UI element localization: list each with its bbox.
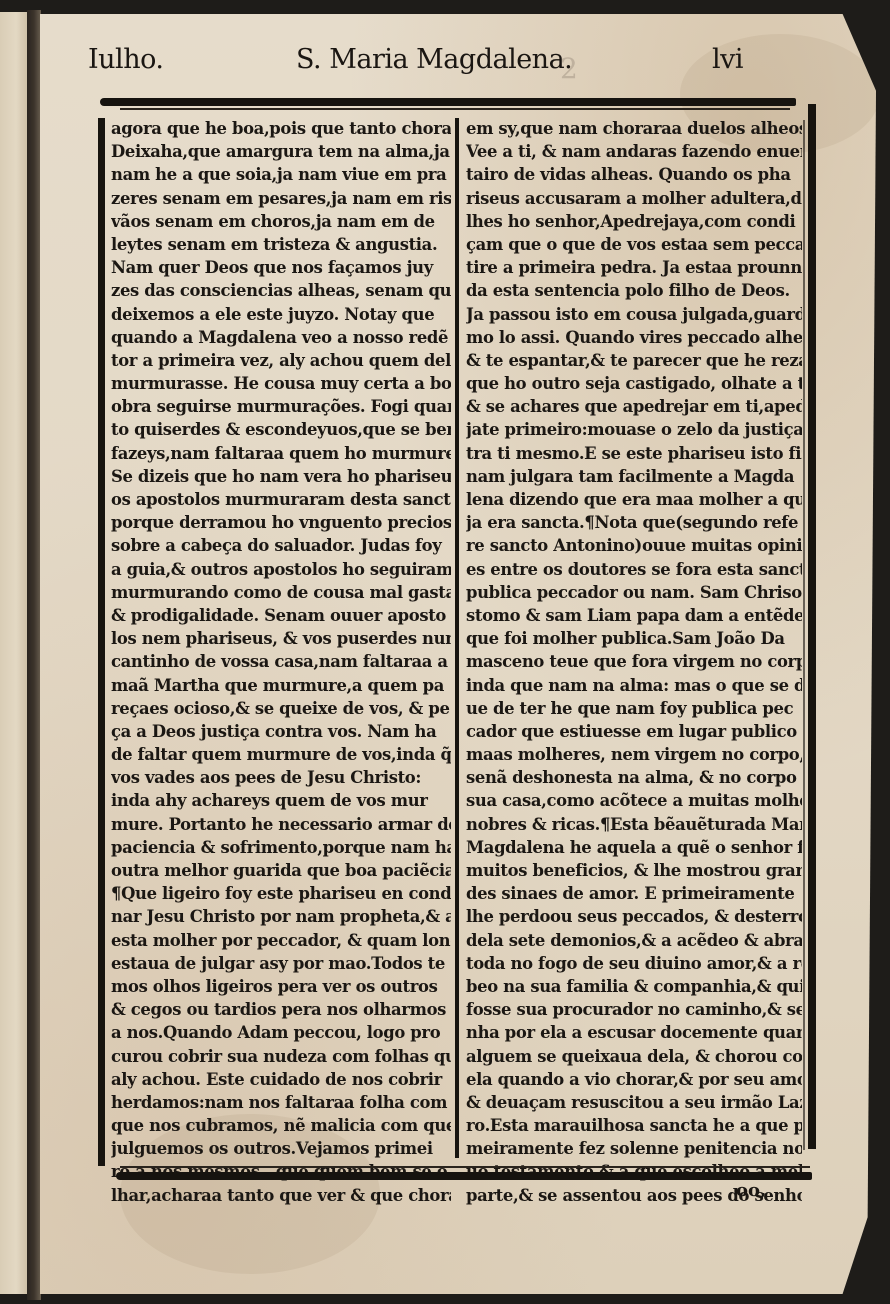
text-line: tairo de vidas alheas. Quando os pha xyxy=(466,163,802,186)
text-line: curou cobrir sua nudeza com folhas que xyxy=(111,1045,451,1068)
left-border-rule xyxy=(98,118,105,1166)
text-line: de faltar quem murmure de vos,inda q̃ xyxy=(111,743,451,766)
text-line: nobres & ricas.¶Esta bẽauẽturada Maria xyxy=(466,813,802,836)
scanned-book-spread: 2 Iulho. S. Maria Magdalena. lvi agora q… xyxy=(0,0,890,1304)
text-line: agora que he boa,pois que tanto chora: xyxy=(111,117,451,140)
text-line: leytes senam em tristeza & angustia. xyxy=(111,233,451,256)
text-line: paciencia & sofrimento,porque nam hay xyxy=(111,836,451,859)
text-line: publica peccador ou nam. Sam Chriso xyxy=(466,581,802,604)
text-line: nam julgara tam facilmente a Magda xyxy=(466,465,802,488)
text-line: quando a Magdalena veo a nosso redẽ xyxy=(111,326,451,349)
text-line: outra melhor guarida que boa paciẽcia. xyxy=(111,859,451,882)
text-line: Se dizeis que ho nam vera ho phariseu, xyxy=(111,465,451,488)
text-line: murmurando como de cousa mal gastada xyxy=(111,581,451,604)
text-line: reçaes ocioso,& se queixe de vos, & pe xyxy=(111,697,451,720)
text-line: julguemos os outros.Vejamos primei xyxy=(111,1137,451,1160)
text-line: ça a Deos justiça contra vos. Nam ha xyxy=(111,720,451,743)
text-line: & te espantar,& te parecer que he rezam xyxy=(466,349,802,372)
text-line: senã deshonesta na alma, & no corpo em xyxy=(466,766,802,789)
running-head-title: S. Maria Magdalena. xyxy=(296,44,572,75)
text-line: maã Martha que murmure,a quem pa xyxy=(111,674,451,697)
text-line: esta molher por peccador, & quam longe xyxy=(111,929,451,952)
text-line: fosse sua procurador no caminho,& se pu xyxy=(466,998,802,1021)
bottom-rule xyxy=(116,1172,812,1180)
text-line: Ja passou isto em cousa julgada,guarde xyxy=(466,303,802,326)
text-line: çam que o que de vos estaa sem peccado xyxy=(466,233,802,256)
text-line: ela quando a vio chorar,& por seu amor xyxy=(466,1068,802,1091)
top-rule-thin xyxy=(120,108,790,110)
text-line: des sinaes de amor. E primeiramente xyxy=(466,882,802,905)
text-line: estaua de julgar asy por mao.Todos te xyxy=(111,952,451,975)
adjacent-page-edge xyxy=(0,12,27,1294)
text-line: tra ti mesmo.E se este phariseu isto fiz… xyxy=(466,442,802,465)
text-line: sua casa,como acõtece a muitas molheres xyxy=(466,789,802,812)
text-line: stomo & sam Liam papa dam a entẽder xyxy=(466,604,802,627)
text-line: tor a primeira vez, aly achou quem dela xyxy=(111,349,451,372)
text-line: inda que nam na alma: mas o que se de xyxy=(466,674,802,697)
text-line: los nem phariseus, & vos puserdes num xyxy=(111,627,451,650)
text-line: zeres senam em pesares,ja nam em risos xyxy=(111,187,451,210)
text-line: ro.Esta marauilhosa sancta he a que pri xyxy=(466,1114,802,1137)
text-line: inda ahy achareys quem de vos mur xyxy=(111,789,451,812)
text-line: beo na sua familia & companhia,& quis q̃ xyxy=(466,975,802,998)
text-line: vos vades aos pees de Jesu Christo: xyxy=(111,766,451,789)
text-line: tire a primeira pedra. Ja estaa prounnci… xyxy=(466,256,802,279)
text-line: lhe perdoou seus peccados, & desterrou xyxy=(466,905,802,928)
text-column-left: agora que he boa,pois que tanto chora:De… xyxy=(111,117,451,1207)
text-line: Deixaha,que amargura tem na alma,ja xyxy=(111,140,451,163)
text-line: da esta sentencia polo filho de Deos. xyxy=(466,279,802,302)
text-line: muitos beneficios, & lhe mostrou gran xyxy=(466,859,802,882)
text-line: cador que estiuesse em lugar publico das xyxy=(466,720,802,743)
text-line: riseus accusaram a molher adultera,disse xyxy=(466,187,802,210)
text-line: & deuaçam resuscitou a seu irmão Laza xyxy=(466,1091,802,1114)
text-line: ¶Que ligeiro foy este phariseu en conde xyxy=(111,882,451,905)
text-line: a nos.Quando Adam peccou, logo pro xyxy=(111,1021,451,1044)
text-line: nha por ela a escusar docemente quando xyxy=(466,1021,802,1044)
text-line: que nos cubramos, nẽ malicia com que xyxy=(111,1114,451,1137)
text-line: to quiserdes & escondeyuos,que se bem xyxy=(111,418,451,441)
text-line: jate primeiro:mouase o zelo da justiça c… xyxy=(466,418,802,441)
text-line: alguem se queixaua dela, & chorou com xyxy=(466,1045,802,1068)
text-line: lhes ho senhor,Apedrejaya,com condi xyxy=(466,210,802,233)
text-line: a guia,& outros apostolos ho seguiram, xyxy=(111,558,451,581)
text-line: toda no fogo de seu diuino amor,& a rece xyxy=(466,952,802,975)
text-line: dela sete demonios,& a acẽdeo & abrasou xyxy=(466,929,802,952)
column-divider xyxy=(455,118,459,1158)
text-line: mo lo assi. Quando vires peccado alheo xyxy=(466,326,802,349)
text-line: meiramente fez solenne penitencia no no xyxy=(466,1137,802,1160)
text-line: es entre os doutores se fora esta sancta xyxy=(466,558,802,581)
text-line: herdamos:nam nos faltaraa folha com xyxy=(111,1091,451,1114)
running-head-month: Iulho. xyxy=(88,44,163,75)
text-line: zes das consciencias alheas, senam que xyxy=(111,279,451,302)
text-line: & prodigalidade. Senam ouuer aposto xyxy=(111,604,451,627)
text-line: nar Jesu Christo por nam propheta,& a xyxy=(111,905,451,928)
text-line: obra seguirse murmurações. Fogi quan xyxy=(111,395,451,418)
text-line: masceno teue que fora virgem no corpo xyxy=(466,650,802,673)
text-line: maas molheres, nem virgem no corpo, xyxy=(466,743,802,766)
text-line: lena dizendo que era maa molher a que xyxy=(466,488,802,511)
text-line: mos olhos ligeiros pera ver os outros xyxy=(111,975,451,998)
top-rule xyxy=(100,98,796,106)
text-line: vãos senam em choros,ja nam em de xyxy=(111,210,451,233)
text-line: fazeys,nam faltaraa quem ho murmure. xyxy=(111,442,451,465)
text-line: deixemos a ele este juyzo. Notay que xyxy=(111,303,451,326)
text-column-right: em sy,que nam choraraa duelos alheos.Vee… xyxy=(466,117,802,1207)
text-line: os apostolos murmuraram desta sancta xyxy=(111,488,451,511)
text-line: ja era sancta.¶Nota que(segundo refe xyxy=(466,511,802,534)
text-line: Vee a ti, & nam andaras fazendo enuen xyxy=(466,140,802,163)
text-line: nam he a que soia,ja nam viue em pra xyxy=(111,163,451,186)
folio-number: lvi xyxy=(712,44,743,75)
right-border-rule xyxy=(808,104,816,1149)
text-line: porque derramou ho vnguento precioso xyxy=(111,511,451,534)
book-gutter xyxy=(27,10,41,1300)
text-line: mure. Portanto he necessario armar de xyxy=(111,813,451,836)
bottom-rule-thin xyxy=(120,1166,810,1168)
text-line: sobre a cabeça do saluador. Judas foy xyxy=(111,534,451,557)
text-line: & se achares que apedrejar em ti,apedre xyxy=(466,395,802,418)
text-line: em sy,que nam choraraa duelos alheos. xyxy=(466,117,802,140)
text-line: lhar,acharaa tanto que ver & que chorar xyxy=(111,1184,451,1207)
right-border-rule-thin xyxy=(803,120,805,1150)
text-line: Magdalena he aquela a quẽ o senhor fez xyxy=(466,836,802,859)
text-line: & cegos ou tardios pera nos olharmos xyxy=(111,998,451,1021)
text-line: que ho outro seja castigado, olhate a ti… xyxy=(466,372,802,395)
signature-mark: oo, xyxy=(736,1180,766,1201)
text-line: murmurasse. He cousa muy certa a boa xyxy=(111,372,451,395)
text-line: ue de ter he que nam foy publica pec xyxy=(466,697,802,720)
text-line: aly achou. Este cuidado de nos cobrir xyxy=(111,1068,451,1091)
text-line: re sancto Antonino)ouue muitas opiniõ xyxy=(466,534,802,557)
text-line: cantinho de vossa casa,nam faltaraa a ir xyxy=(111,650,451,673)
text-line: Nam quer Deos que nos façamos juy xyxy=(111,256,451,279)
text-line: que foi molher publica.Sam João Da xyxy=(466,627,802,650)
